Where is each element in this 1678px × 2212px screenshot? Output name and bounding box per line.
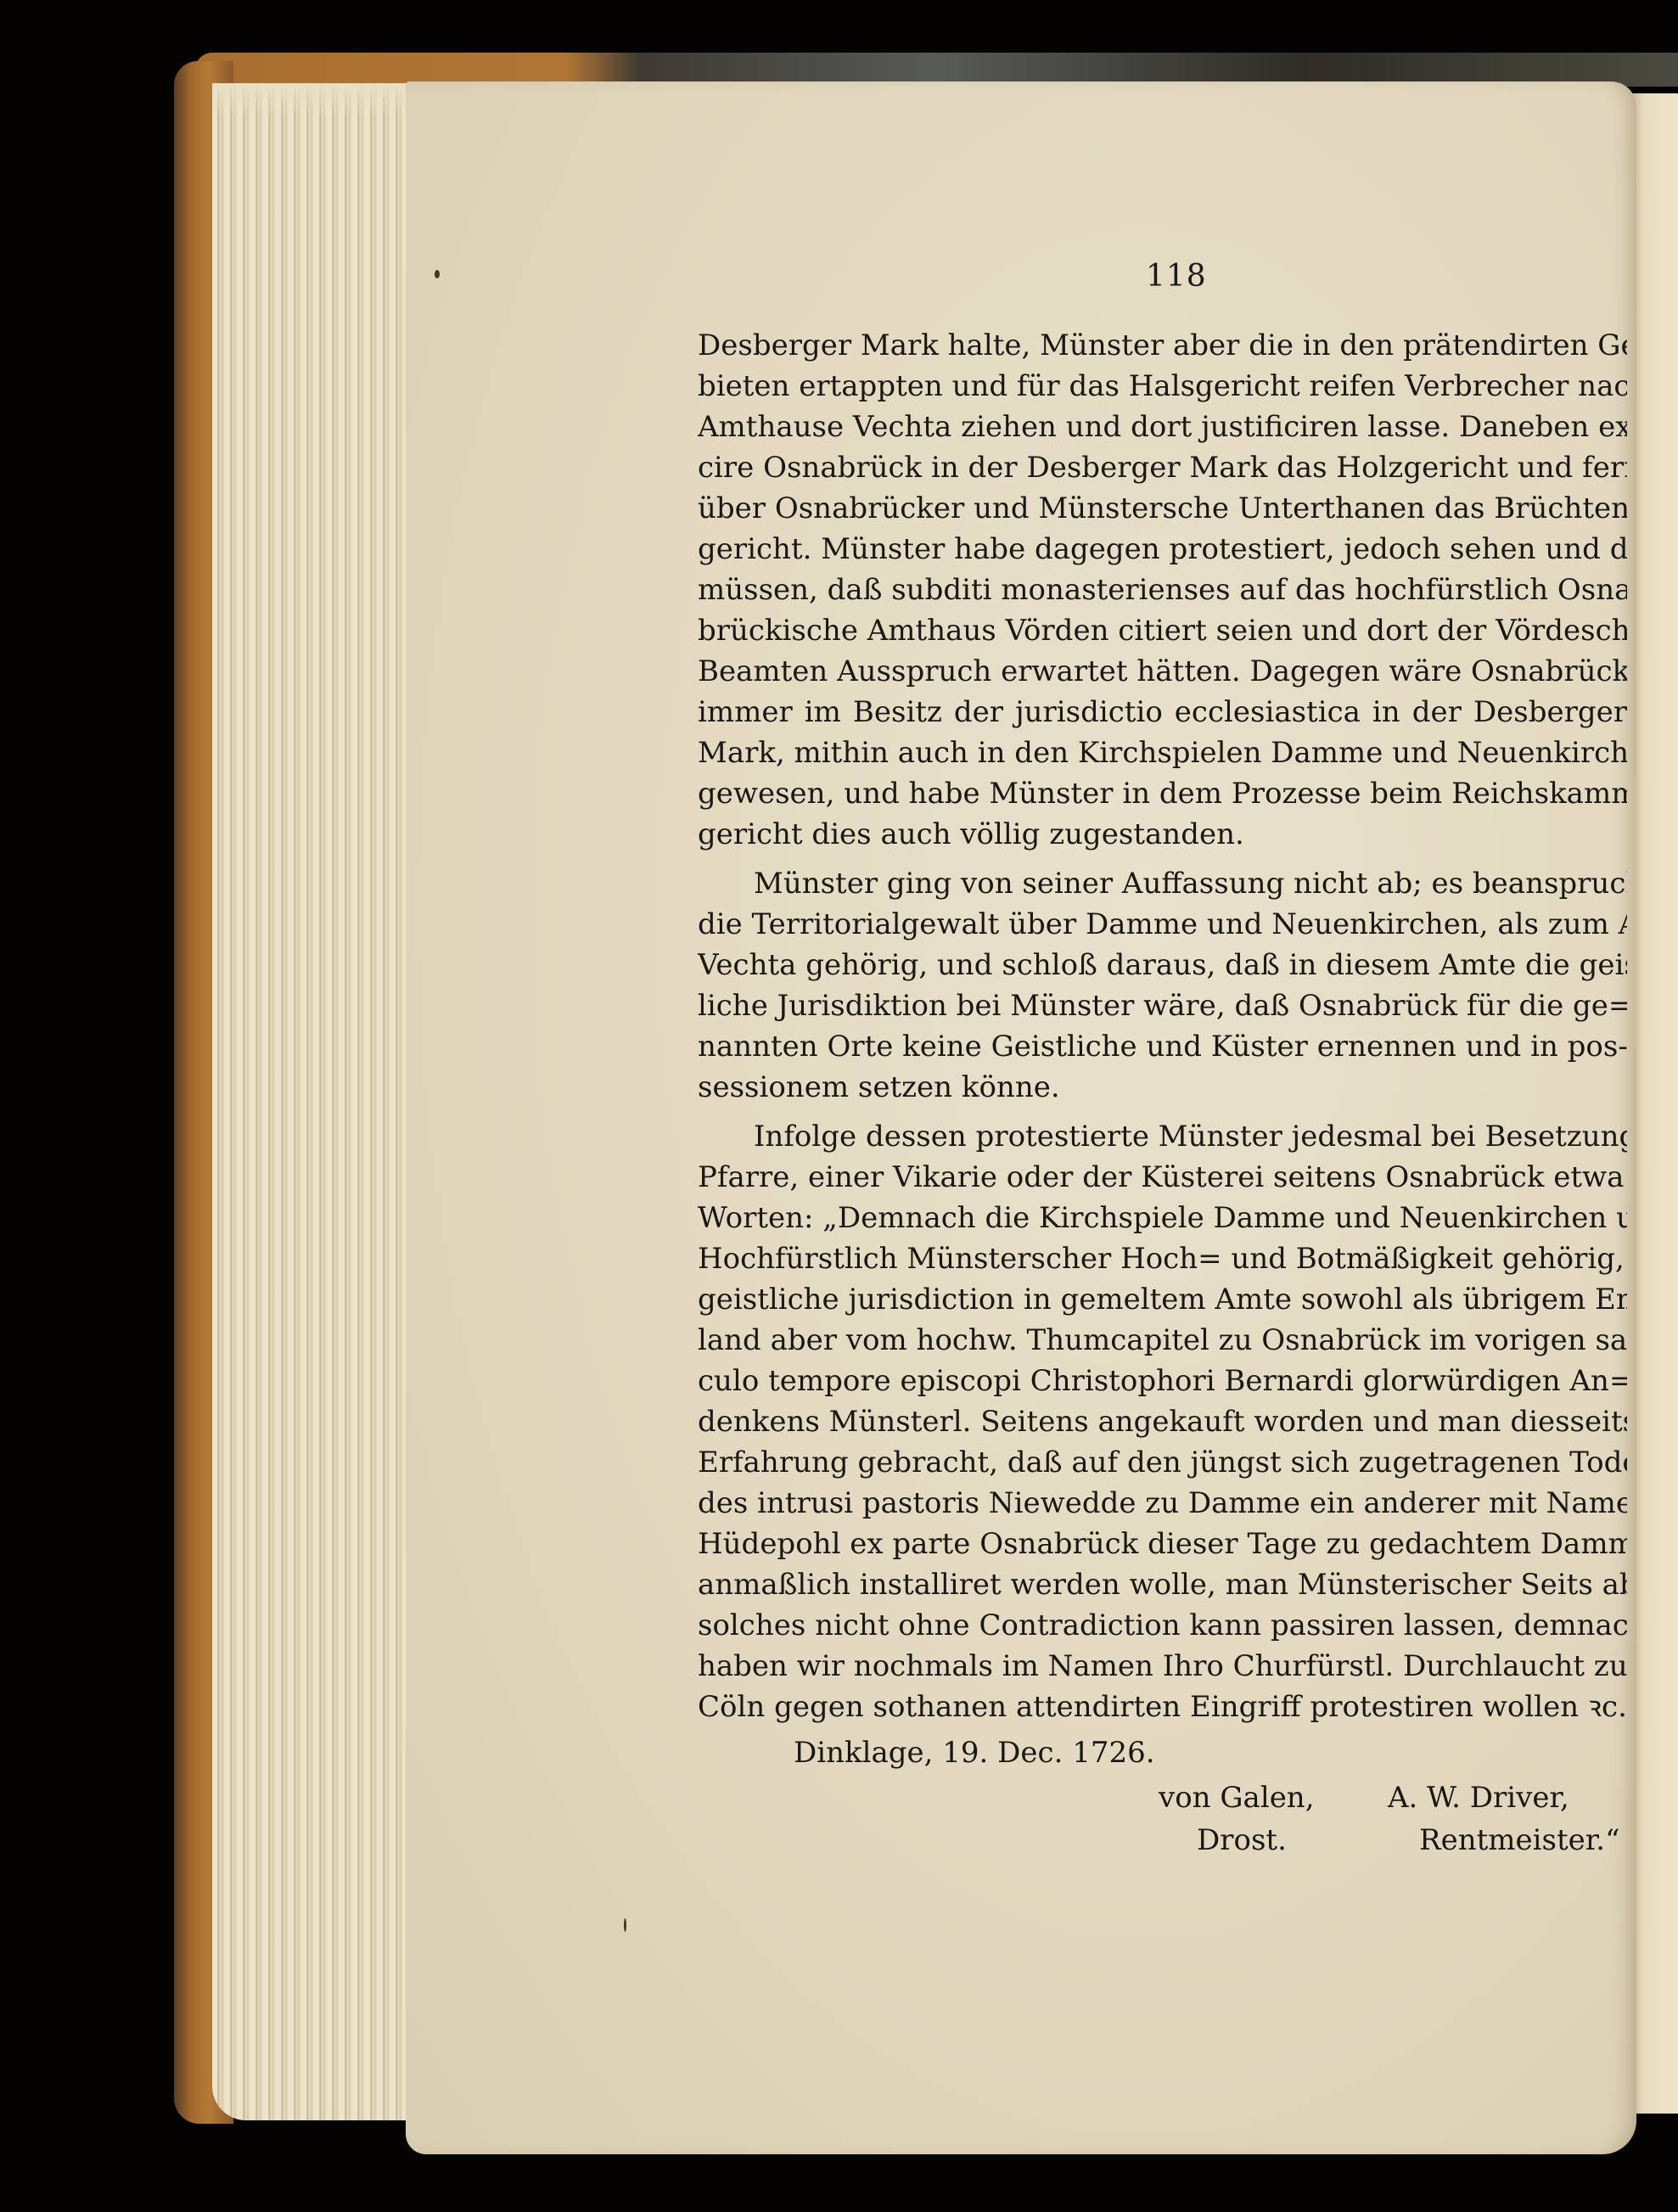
text-line: Desberger Mark halte, Münster aber die i… [698,325,1627,366]
text-line: über Osnabrücker und Münstersche Unterth… [698,488,1627,529]
text-line: land aber vom hochw. Thumcapitel zu Osna… [698,1320,1627,1361]
text-line: haben wir nochmals im Namen Ihro Churfür… [698,1646,1627,1687]
text-line: anmaßlich installiret werden wolle, man … [698,1564,1627,1605]
text-line: cire Osnabrück in der Desberger Mark das… [698,447,1627,488]
signature-name-galen: von Galen, [1159,1781,1315,1815]
facing-page-edge [1630,93,1678,2114]
text-line: Worten: „Demnach die Kirchspiele Damme u… [698,1198,1627,1238]
paper-speck [435,270,440,278]
text-line: Hochfürstlich Münsterscher Hoch= und Bot… [698,1238,1627,1279]
text-line: Infolge dessen protestierte Münster jede… [698,1116,1627,1157]
signature-title-drost: Drost. [1197,1823,1287,1857]
text-line: des intrusi pastoris Niewedde zu Damme e… [698,1483,1627,1524]
text-line: solches nicht ohne Contradiction kann pa… [698,1605,1627,1646]
paragraph-1: Desberger Mark halte, Münster aber die i… [698,325,1627,855]
text-line: denkens Münsterl. Seitens angekauft word… [698,1401,1627,1442]
text-line: gericht dies auch völlig zugestanden. [698,814,1627,855]
text-line: Pfarre, einer Vikarie oder der Küsterei … [698,1157,1627,1198]
body-text: Desberger Mark halte, Münster aber die i… [698,325,1627,1727]
text-line: sessionem setzen könne. [698,1067,1627,1108]
text-line: Mark, mithin auch in den Kirchspielen Da… [698,733,1627,773]
text-line: Erfahrung gebracht, daß auf den jüngst s… [698,1442,1627,1483]
text-line: brückische Amthaus Vörden citiert seien … [698,610,1627,651]
text-line: Münster ging von seiner Auffassung nicht… [698,863,1627,904]
text-line: gewesen, und habe Münster in dem Prozess… [698,773,1627,814]
signature-name-driver: A. W. Driver, [1388,1781,1569,1815]
paper-speck [624,1918,626,1932]
paragraph-2: Münster ging von seiner Auffassung nicht… [698,863,1627,1108]
text-line: immer im Besitz der jurisdictio ecclesia… [698,692,1627,733]
text-line: bieten ertappten und für das Halsgericht… [698,366,1627,407]
text-line: Amthause Vechta ziehen und dort justific… [698,407,1627,447]
text-line: liche Jurisdiktion bei Münster wäre, daß… [698,985,1627,1026]
text-line: die Territorialgewalt über Damme und Neu… [698,904,1627,945]
text-line: Hüdepohl ex parte Osnabrück dieser Tage … [698,1524,1627,1564]
text-line: Cöln gegen sothanen attendirten Eingriff… [698,1687,1627,1727]
book-scan: 118 Desberger Mark halte, Münster aber d… [0,0,1678,2212]
dateline: Dinklage, 19. Dec. 1726. [794,1736,1155,1770]
text-line: Beamten Ausspruch erwartet hätten. Dageg… [698,651,1627,692]
signature-title-rentmeister: Rentmeister.“ [1419,1823,1619,1857]
text-line: müssen, daß subditi monasterienses auf d… [698,570,1627,610]
text-line: culo tempore episcopi Christophori Berna… [698,1361,1627,1401]
text-line: geistliche jurisdiction in gemeltem Amte… [698,1279,1627,1320]
text-line: gericht. Münster habe dagegen protestier… [698,529,1627,570]
page-number: 118 [1146,259,1207,294]
page-stack-edges [212,83,407,2120]
text-line: nannten Orte keine Geistliche und Küster… [698,1026,1627,1067]
paragraph-gap [698,1108,1627,1116]
paragraph-gap [698,855,1627,863]
paragraph-3: Infolge dessen protestierte Münster jede… [698,1116,1627,1727]
text-line: Vechta gehörig, und schloß daraus, daß i… [698,945,1627,985]
